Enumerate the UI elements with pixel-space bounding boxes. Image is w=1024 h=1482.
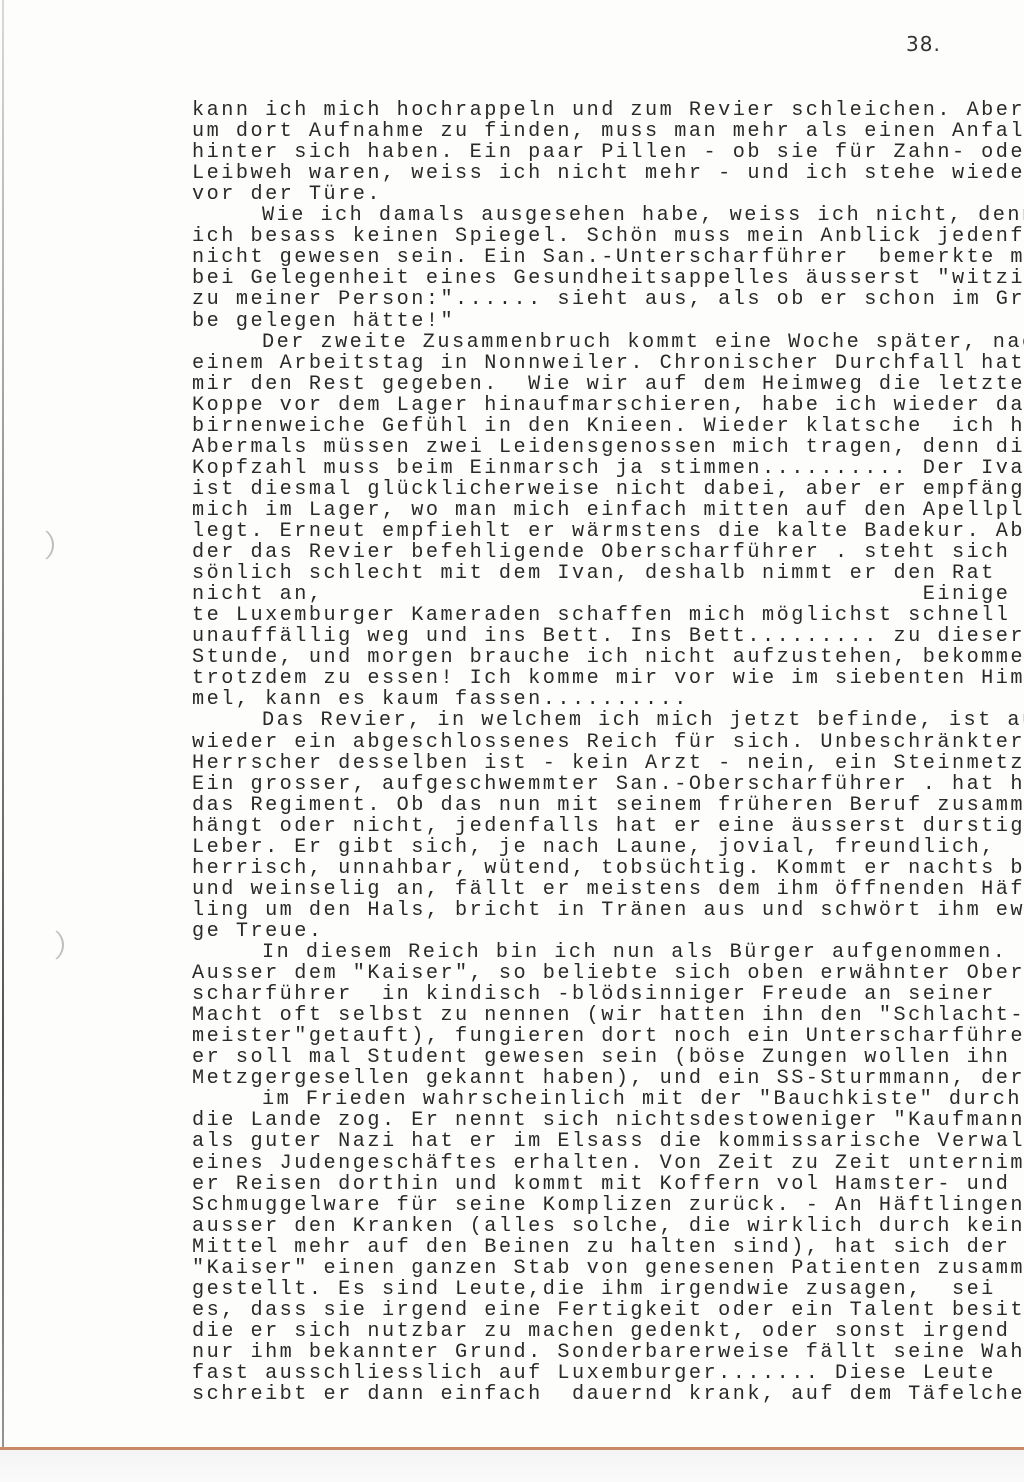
text-line: Herrscher desselben ist - kein Arzt - ne…: [192, 753, 1024, 774]
text-line: meister"getauft), fungieren dort noch ei…: [192, 1026, 1024, 1047]
text-line: unauffällig weg und ins Bett. Ins Bett..…: [192, 626, 1024, 647]
text-line: eines Judengeschäftes erhalten. Von Zeit…: [192, 1153, 1024, 1174]
text-line: birnenweiche Gefühl in den Knieen. Wiede…: [192, 416, 1024, 437]
punch-hole-mark: [30, 527, 54, 563]
text-line: gestellt. Es sind Leute,die ihm irgendwi…: [192, 1279, 996, 1300]
text-line: die er sich nutzbar zu machen gedenkt, o…: [192, 1321, 1024, 1342]
text-line: Leibweh waren, weiss ich nicht mehr - un…: [192, 163, 1024, 184]
text-line: ausser den Kranken (alles solche, die wi…: [192, 1216, 1024, 1237]
text-line: wieder ein abgeschlossenes Reich für sic…: [192, 732, 1024, 753]
text-line: herrisch, unnahbar, wütend, tobsüchtig. …: [192, 858, 1024, 879]
text-line: mel, kann es kaum fassen..........: [192, 689, 689, 710]
text-line: Ausser dem "Kaiser", so beliebte sich ob…: [192, 963, 1024, 984]
text-line: als guter Nazi hat er im Elsass die komm…: [192, 1131, 1024, 1152]
page-number: 38.: [906, 32, 941, 56]
text-line: Macht oft selbst zu nennen (wir hatten i…: [192, 1005, 1024, 1026]
scan-bottom-margin: [0, 1450, 1024, 1482]
text-line: trotzdem zu essen! Ich komme mir vor wie…: [192, 668, 1024, 689]
text-line: das Regiment. Ob das nun mit seinem früh…: [192, 795, 1024, 816]
text-line: mich im Lager, wo man mich einfach mitte…: [192, 500, 1024, 521]
text-line: sönlich schlecht mit dem Ivan, deshalb n…: [192, 563, 996, 584]
text-line: Stunde, und morgen brauche ich nicht auf…: [192, 647, 1024, 668]
text-line: fast ausschliesslich auf Luxemburger....…: [192, 1363, 996, 1384]
text-line: Leber. Er gibt sich, je nach Laune, jovi…: [192, 837, 996, 858]
text-line: Das Revier, in welchem ich mich jetzt be…: [262, 710, 1024, 731]
text-line: es, dass sie irgend eine Fertigkeit oder…: [192, 1300, 1024, 1321]
text-line: Der zweite Zusammenbruch kommt eine Woch…: [262, 332, 1024, 353]
text-line: im Frieden wahrscheinlich mit der "Bauch…: [262, 1089, 1022, 1110]
text-line: die Lande zog. Er nennt sich nichtsdesto…: [192, 1110, 1024, 1131]
text-line: kann ich mich hochrappeln und zum Revier…: [192, 100, 1024, 121]
text-line: be gelegen hätte!": [192, 311, 455, 332]
text-line: er soll mal Student gewesen sein (böse Z…: [192, 1047, 1024, 1068]
text-line: hinter sich haben. Ein paar Pillen - ob …: [192, 142, 1024, 163]
text-line: nur ihm bekannter Grund. Sonderbarerweis…: [192, 1342, 1024, 1363]
text-line: In diesem Reich bin ich nun als Bürger a…: [262, 942, 1007, 963]
punch-hole-mark: [40, 927, 64, 963]
text-line: schreibt er dann einfach dauernd krank, …: [192, 1384, 1024, 1405]
text-line: ich besass keinen Spiegel. Schön muss me…: [192, 226, 1024, 247]
text-line: er Reisen dorthin und kommt mit Koffern …: [192, 1174, 1010, 1195]
text-line: Ein grosser, aufgeschwemmter San.-Obersc…: [192, 774, 1024, 795]
text-line: scharführer in kindisch -blödsinniger Fr…: [192, 984, 996, 1005]
text-line: einem Arbeitstag in Nonnweiler. Chronisc…: [192, 353, 1024, 374]
document-page: 38. kann ich mich hochrappeln und zum Re…: [0, 0, 1024, 1482]
text-line: der das Revier befehligende Oberscharfüh…: [192, 542, 1024, 563]
text-line: Abermals müssen zwei Leidensgenossen mic…: [192, 437, 1024, 458]
text-line: Metzgergesellen gekannt haben), und ein …: [192, 1068, 1024, 1089]
text-line: zu meiner Person:"...... sieht aus, als …: [192, 289, 1024, 310]
text-line: te Luxemburger Kameraden schaffen mich m…: [192, 605, 1024, 626]
text-line: mir den Rest gegeben. Wie wir auf dem He…: [192, 374, 1024, 395]
text-line: nicht an, Einige gu-: [192, 584, 1024, 605]
page-left-edge: [2, 0, 4, 1482]
text-line: vor der Türe.: [192, 184, 382, 205]
text-line: ist diesmal glücklicherweise nicht dabei…: [192, 479, 1024, 500]
text-line: um dort Aufnahme zu finden, muss man meh…: [192, 121, 1024, 142]
text-line: bei Gelegenheit eines Gesundheitsappelle…: [192, 268, 1024, 289]
text-line: ling um den Hals, bricht in Tränen aus u…: [192, 900, 1024, 921]
text-line: Mittel mehr auf den Beinen zu halten sin…: [192, 1237, 1010, 1258]
text-line: und weinselig an, fällt er meistens dem …: [192, 879, 1024, 900]
text-line: hängt oder nicht, jedenfalls hat er eine…: [192, 816, 1024, 837]
text-line: ge Treue.: [192, 921, 324, 942]
text-line: Schmuggelware für seine Komplizen zurück…: [192, 1195, 1024, 1216]
text-line: Koppe vor dem Lager hinaufmarschieren, h…: [192, 395, 1024, 416]
text-line: "Kaiser" einen ganzen Stab von genesenen…: [192, 1258, 1024, 1279]
text-line: legt. Erneut empfiehlt er wärmstens die …: [192, 521, 1024, 542]
text-line: Kopfzahl muss beim Einmarsch ja stimmen.…: [192, 458, 1024, 479]
text-line: nicht gewesen sein. Ein San.-Unterscharf…: [192, 247, 1024, 268]
text-line: Wie ich damals ausgesehen habe, weiss ic…: [262, 205, 1024, 226]
